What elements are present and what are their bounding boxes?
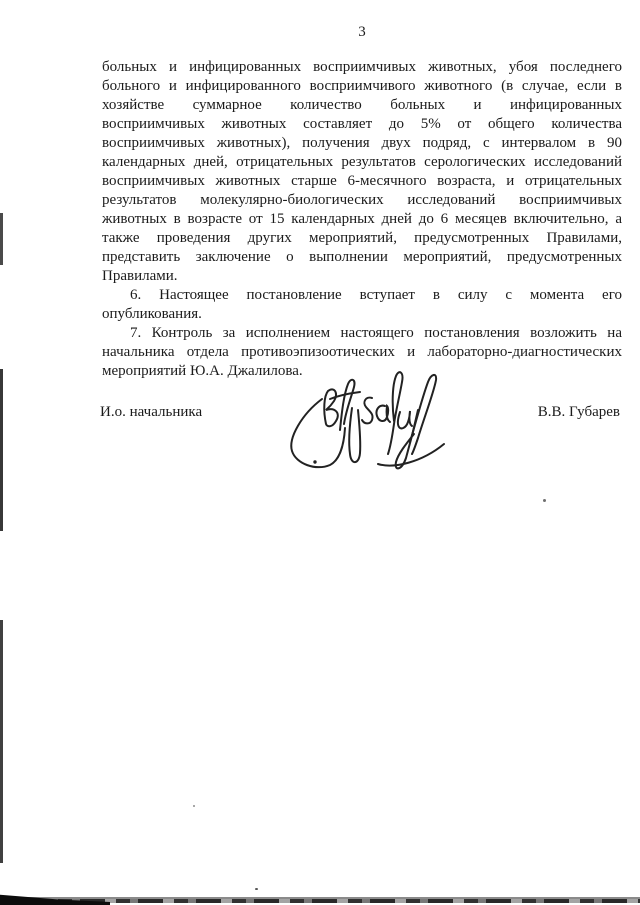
scan-edge-artifact [0,213,3,265]
scan-edge-artifact [0,620,3,863]
scan-speck [255,888,258,890]
text-line: восприимчивых животных старше 6-месячног… [102,172,622,191]
scan-speck [543,499,546,502]
position-label: И.о. начальника [100,403,202,422]
text-line: животных в возрасте от 15 календарных дн… [102,210,622,229]
text-line: больного и инфицированного восприимчивог… [102,77,622,96]
document-page: 3 больных и инфицированных восприимчивых… [0,0,640,905]
text-line: 7. Контроль за исполнением настоящего по… [102,324,622,343]
scan-speck [193,805,195,807]
document-body: больных и инфицированных восприимчивых ж… [102,58,622,381]
scan-speck [516,260,518,262]
scan-edge-artifact [0,369,3,531]
signer-name: В.В. Губарев [538,403,620,422]
text-line: начальника отдела противоэпизоотических … [102,343,622,362]
text-line: больных и инфицированных восприимчивых ж… [102,58,622,77]
text-line: результатов молекулярно-биологических ис… [102,191,622,210]
text-line: восприимчивых животных составляет до 5% … [102,115,622,134]
text-line: хозяйстве суммарное количество больных и… [102,96,622,115]
page-number: 3 [103,24,622,41]
text-line: опубликования. [102,305,622,324]
text-line: 6. Настоящее постановление вступает в си… [102,286,622,305]
text-line: календарных дней, отрицательных результа… [102,153,622,172]
text-line: также проведения других мероприятий, пре… [102,229,622,248]
text-line: Правилами. [102,267,622,286]
text-line: восприимчивых животных), получения двух … [102,134,622,153]
text-line: представить заключение о выполнении меро… [102,248,622,267]
handwritten-signature-icon [282,366,450,494]
